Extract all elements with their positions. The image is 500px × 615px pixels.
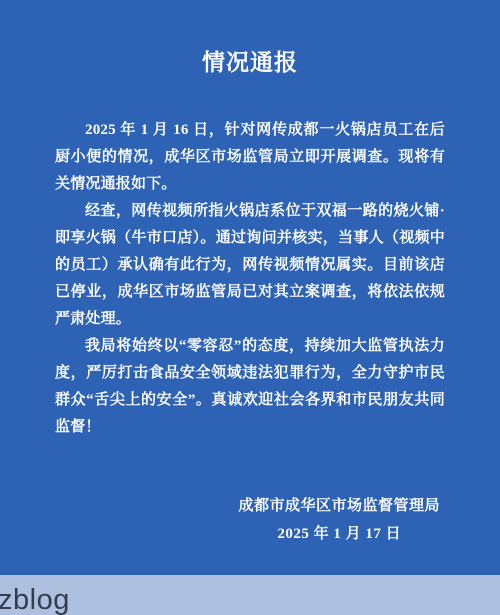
notice-paragraph-1: 2025 年 1 月 16 日，针对网传成都一火锅店员工在后厨小便的情况，成华区… xyxy=(55,117,445,198)
signature-date: 2025 年 1 月 17 日 xyxy=(238,520,440,548)
notice-page: 情况通报 2025 年 1 月 16 日，针对网传成都一火锅店员工在后厨小便的情… xyxy=(0,0,500,615)
watermark-text: zblog xyxy=(0,584,70,615)
signature-issuer: 成都市成华区市场监督管理局 xyxy=(238,492,440,520)
notice-card: 情况通报 2025 年 1 月 16 日，针对网传成都一火锅店员工在后厨小便的情… xyxy=(0,0,500,575)
signature-block: 成都市成华区市场监督管理局 2025 年 1 月 17 日 xyxy=(238,492,440,548)
footer-bar: zblog xyxy=(0,575,500,615)
notice-paragraph-3: 我局将始终以“零容忍”的态度，持续加大监管执法力度，严厉打击食品安全领域违法犯罪… xyxy=(55,333,445,441)
notice-paragraph-2: 经查，网传视频所指火锅店系位于双福一路的烧火铺·即享火锅（牛市口店）。通过询问并… xyxy=(55,198,445,333)
notice-body: 2025 年 1 月 16 日，针对网传成都一火锅店员工在后厨小便的情况，成华区… xyxy=(55,117,445,441)
notice-title: 情况通报 xyxy=(0,44,500,77)
